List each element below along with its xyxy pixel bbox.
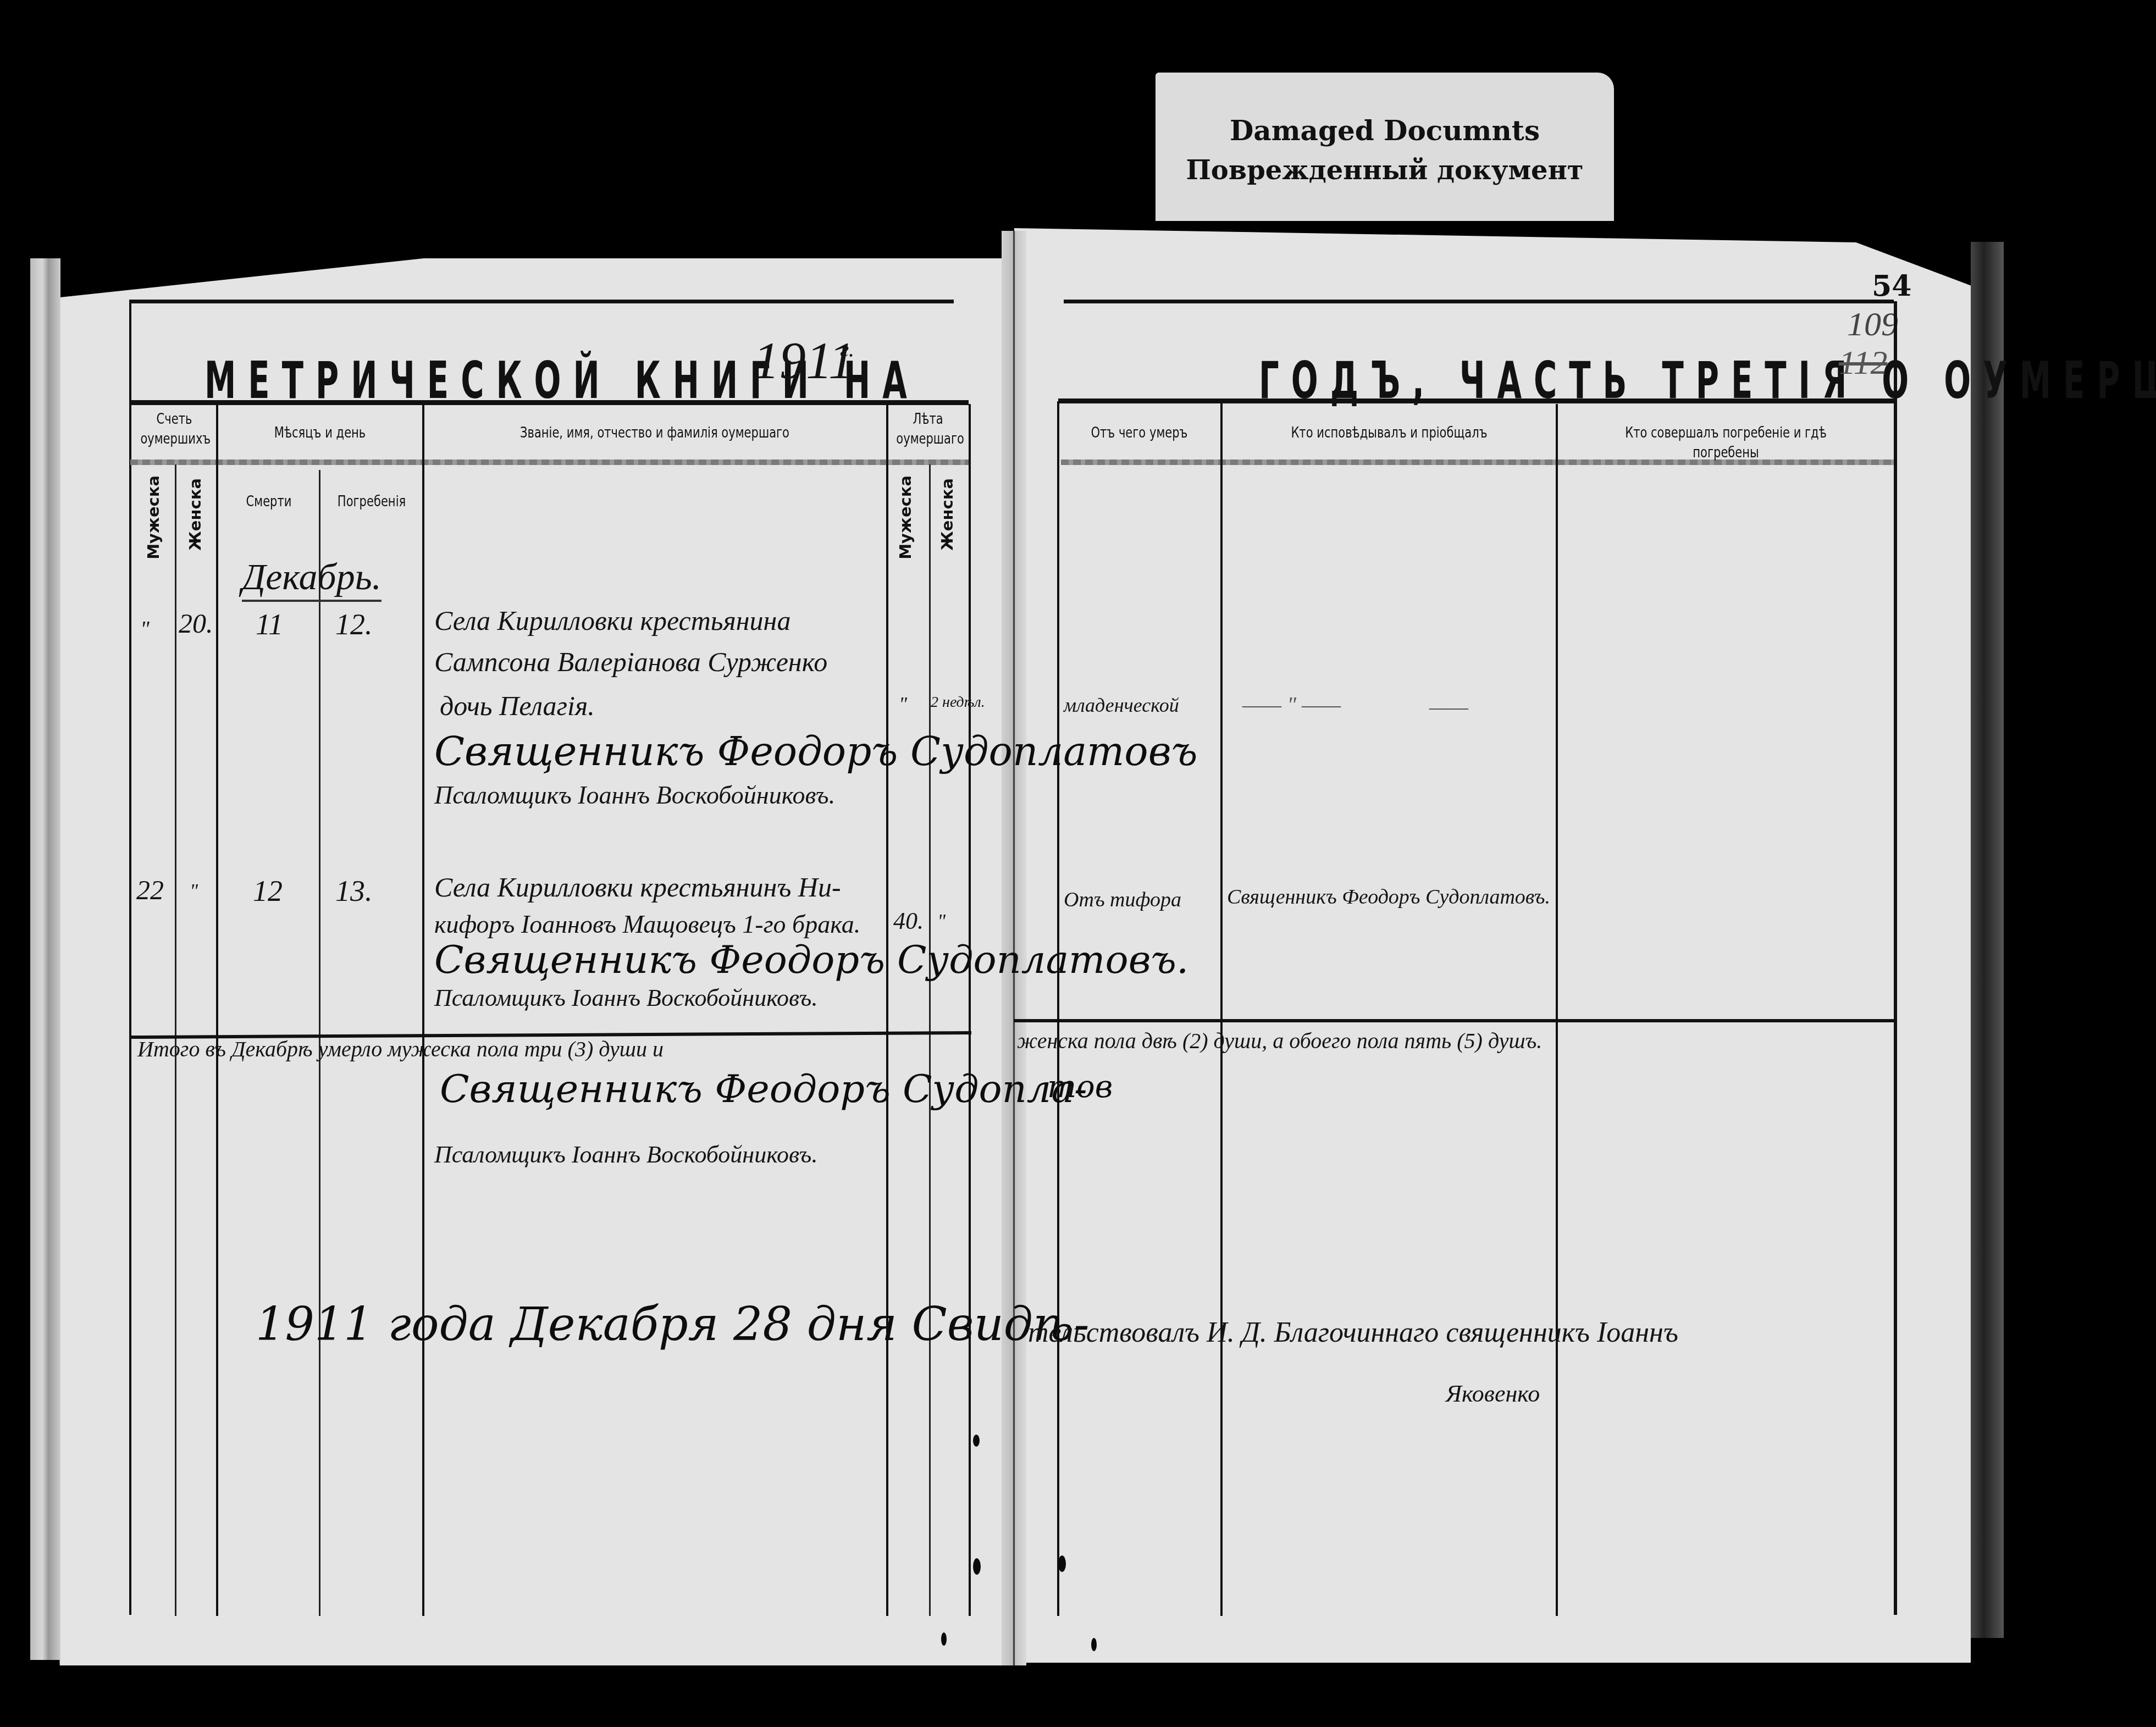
record-death-day: 12 <box>253 874 283 908</box>
totals-priest-signature: Священникъ Феодоръ Судопла- <box>440 1066 1087 1111</box>
record-age-male: " <box>899 693 907 716</box>
left-header-top-rule <box>130 400 969 405</box>
record-burial-by-dash: —— <box>1429 694 1468 719</box>
header-cause: Отъ чего умеръ <box>1076 423 1202 443</box>
certification-text-left: 1911 года Декабря 28 дня Свидѣ- <box>256 1297 1090 1351</box>
record-count-male: 22 <box>136 874 164 906</box>
page-edges-right <box>1971 242 2004 1638</box>
damaged-document-stamp: Damaged Documnts Поврежденный документ <box>1156 73 1614 221</box>
right-table-outer-right <box>1894 301 1897 1615</box>
record-burial-day: 12. <box>335 607 373 641</box>
header-burial: Погребенія <box>332 492 411 512</box>
printed-page-number: 54 <box>1872 269 1911 303</box>
certification-text-right: тельствовалъ И. Д. Благочиннаго священни… <box>1028 1316 1678 1349</box>
certification-text-right-line2: Яковенко <box>1446 1380 1540 1408</box>
left-table-outer-right <box>969 404 971 1616</box>
col-divider-age-sex <box>929 464 931 1616</box>
left-table-top-border <box>129 300 954 303</box>
record-name-line-1: Села Кирилловки крестьянинъ Ни- <box>434 871 841 903</box>
record-count-female: 20. <box>179 607 213 639</box>
header-name: Званіе, имя, отчество и фамилія оумершаг… <box>474 423 836 443</box>
binding-hole <box>941 1632 947 1646</box>
record-name-line-2: кифоръ Іоанновъ Мащовецъ 1-го брака. <box>434 910 860 939</box>
binding-hole <box>973 1558 981 1575</box>
record-count-male: " <box>140 616 150 641</box>
totals-priest-signature-end: тов <box>1047 1069 1113 1105</box>
totals-psalmist-signature: Псаломщикъ Іоаннъ Воскобойниковъ. <box>434 1141 817 1169</box>
col-divider-date <box>422 404 424 1616</box>
right-table-outer-left <box>1057 401 1059 1616</box>
handwritten-page-number-top: 109 <box>1847 305 1898 344</box>
record-burial-day: 13. <box>335 874 373 908</box>
record-count-female: " <box>190 879 198 903</box>
left-table-outer-left <box>129 301 131 1615</box>
totals-text-left: Итого въ Декабрѣ умерло мужеска пола три… <box>137 1036 664 1062</box>
month-heading: Декабрь. <box>242 555 382 602</box>
record-death-day: 11 <box>256 607 283 641</box>
totals-text-right: женска пола двѣ (2) души, а обоего пола … <box>1017 1028 1542 1054</box>
header-age: Лѣта оумершаго <box>896 409 959 450</box>
col-divider-confessor <box>1556 404 1558 1616</box>
col-divider-count <box>216 404 218 1616</box>
record-psalmist-signature: Псаломщикъ Іоаннъ Воскобойниковъ. <box>434 984 817 1012</box>
header-count: Счеть оумершихъ <box>140 409 208 450</box>
record-priest-signature: Священникъ Феодоръ Судоплатовъ. <box>434 937 1188 982</box>
header-count-female: Женска <box>186 478 204 551</box>
handwritten-page-number-bottom: 112 <box>1839 344 1887 383</box>
record-cause: Отъ тифора <box>1064 888 1181 912</box>
binding-hole <box>1058 1556 1066 1572</box>
record-confessor: —— " —— <box>1242 691 1341 717</box>
header-count-male: Мужеска <box>144 475 163 560</box>
header-month-day: Мѣсяцъ и день <box>240 423 400 443</box>
binding-hole <box>973 1435 980 1447</box>
right-table-top-border <box>1064 300 1894 303</box>
left-page-title-year-suffix: г. <box>840 336 854 363</box>
left-header-sub-rule <box>130 460 969 465</box>
record-name-line-2: Сампсона Валеріанова Сурженко <box>434 646 827 678</box>
record-psalmist-signature: Псаломщикъ Іоаннъ Воскобойниковъ. <box>434 781 835 810</box>
record-priest-signature: Священникъ Феодоръ Судоплатовъ <box>434 728 1198 774</box>
header-burial-by: Кто совершалъ погребеніе и гдѣ погребены <box>1595 423 1857 463</box>
record-name-line-1: Села Кирилловки крестьянина <box>434 605 790 636</box>
right-totals-rule <box>1014 1019 1894 1022</box>
header-death: Смерти <box>230 492 308 512</box>
record-age-female: " <box>937 910 946 933</box>
record-cause: младенческой <box>1064 694 1179 717</box>
stamp-line-english: Damaged Documnts <box>1156 114 1614 147</box>
stamp-line-russian: Поврежденный документ <box>1156 155 1614 186</box>
header-age-female: Женска <box>938 478 957 551</box>
page-edges-left <box>30 258 60 1660</box>
record-confessor: Священникъ Феодоръ Судоплатовъ. <box>1227 885 1550 909</box>
record-age-female: 2 недѣл. <box>931 694 985 711</box>
header-confessor: Кто исповѣдывалъ и пріобщалъ <box>1259 423 1519 443</box>
record-age-male: 40. <box>893 907 924 935</box>
col-divider-name <box>886 404 888 1616</box>
header-age-male: Мужеска <box>896 475 915 560</box>
col-divider-cause <box>1220 401 1223 1616</box>
right-header-top-rule <box>1058 398 1895 403</box>
binding-hole <box>1091 1638 1097 1651</box>
record-name-line-3: дочь Пелагія. <box>440 690 595 722</box>
